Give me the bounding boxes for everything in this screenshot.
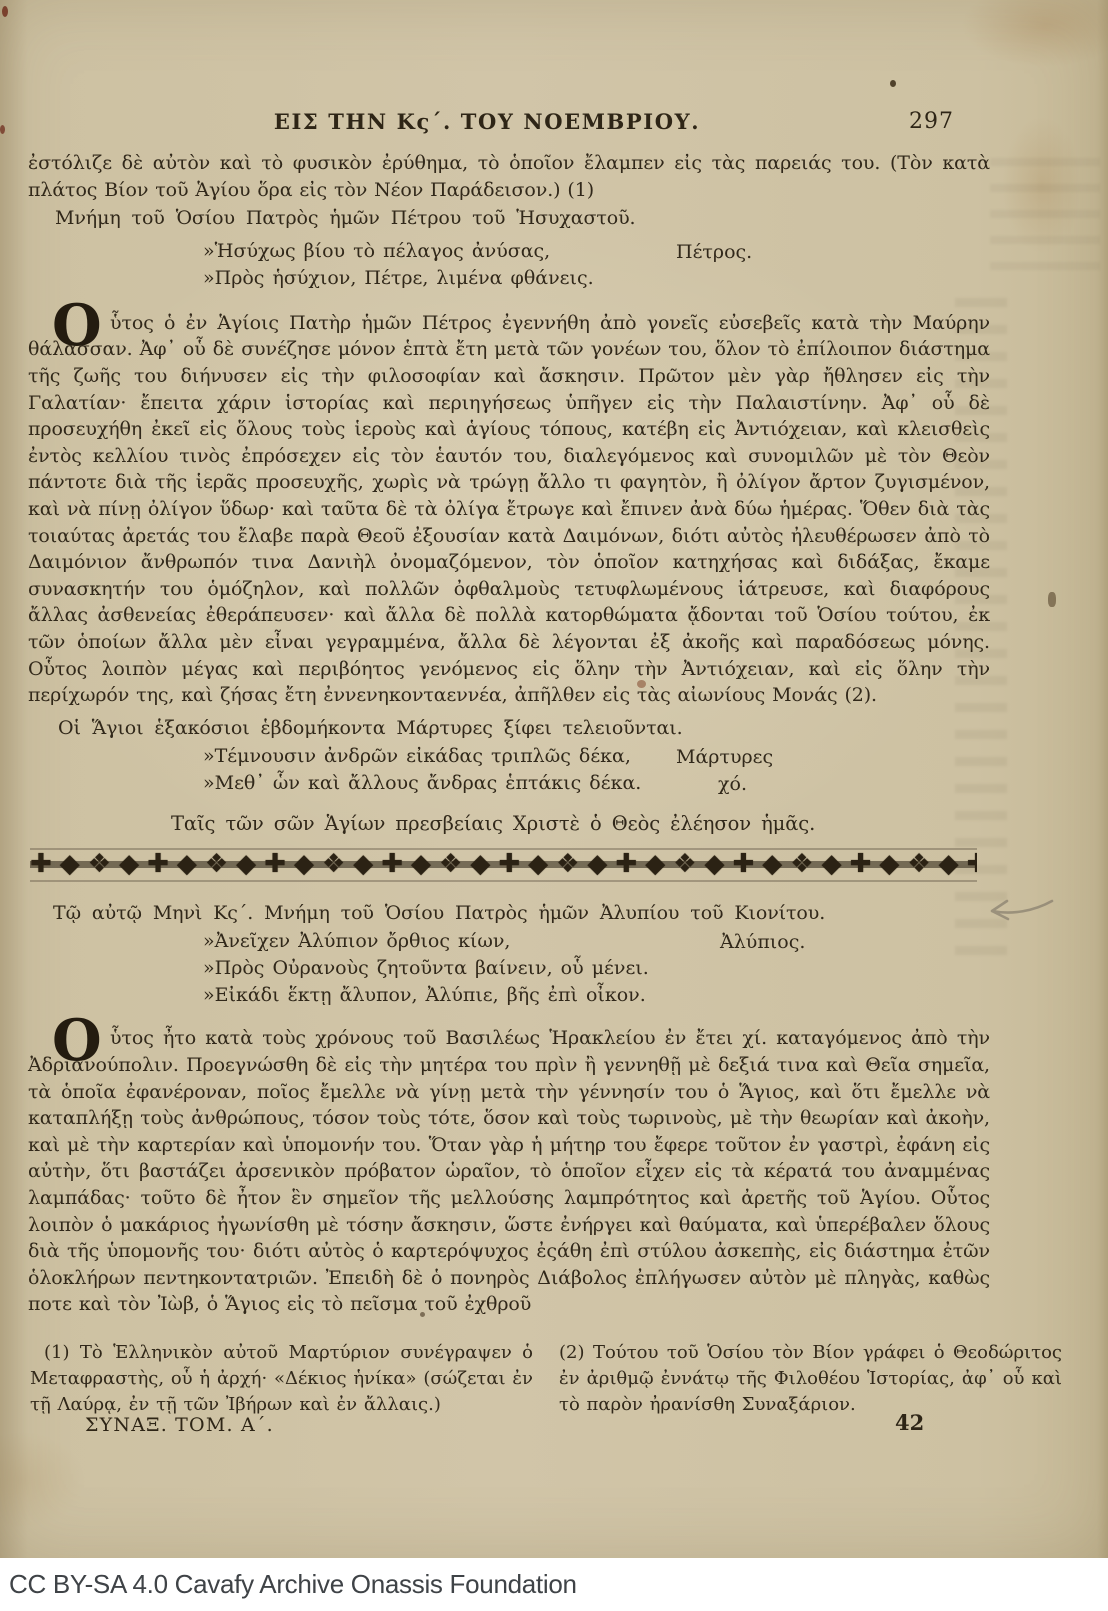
pencil-arrow-mark [968,888,1060,934]
verse-attribution-martyrs: Μάρτυρες χό. [676,744,773,798]
ornament-pattern-glyphs: ✚◆❖◆✚◆❖◆✚◆❖◆✚◆❖◆✚◆❖◆✚◆❖◆✚◆❖◆✚◆❖◆✚◆❖◆✚◆❖◆… [30,848,977,880]
litany-line: Ταῖς τῶν σῶν Ἁγίων πρεσβείαις Χριστὲ ὁ Θ… [28,811,990,838]
license-text: CC BY-SA 4.0 Cavafy Archive Onassis Foun… [9,1569,577,1600]
alypios-life-text: ὗτος ἦτο κατὰ τοὺς χρόνους τοῦ Βασιλέως … [28,1027,990,1315]
verse-line: »Εἰκάδι ἕκτῃ ἄλυπον, Ἀλύπιε, βῆς ἐπὶ οἶκ… [203,982,990,1009]
petros-verse-block: »Ἡσύχως βίου τὸ πέλαγος ἀνύσας, »Πρὸς ἡσ… [28,238,990,292]
footnote-2: (2) Τούτου τοῦ Ὁσίου τὸν Βίον γράφει ὁ Θ… [559,1340,1062,1418]
running-header-title: ΕΙΣ ΤΗΝ Κς΄. ΤΟΥ ΝΟΕΜΒΡΙΟΥ. [6,108,968,136]
martyrs-heading: Οἱ Ἅγιοι ἑξακόσιοι ἑβδομήκοντα Μάρτυρες … [28,715,990,742]
text-column: ΕΙΣ ΤΗΝ Κς΄. ΤΟΥ ΝΟΕΜΒΡΙΟΥ. 297 ἐστόλιζε… [28,108,990,1318]
running-header: ΕΙΣ ΤΗΝ Κς΄. ΤΟΥ ΝΟΕΜΒΡΙΟΥ. 297 [28,108,990,136]
paper-speck [1048,592,1056,607]
page-number: 297 [909,108,954,136]
verse-attribution-line: χό. [676,771,773,798]
alypios-heading: Τῷ αὐτῷ Μηνὶ Κς΄. Μνήμη τοῦ Ὁσίου Πατρὸς… [28,900,990,927]
verse-line: »Ἡσύχως βίου τὸ πέλαγος ἀνύσας, [203,238,990,265]
verse-attribution-petros: Πέτρος. [676,239,752,266]
license-bar: CC BY-SA 4.0 Cavafy Archive Onassis Foun… [0,1558,1108,1611]
paper-speck [2,6,8,17]
verse-line: »Τέμνουσιν ἀνδρῶν εἰκάδας τριπλῶς δέκα, [203,743,990,770]
ornament-divider: ✚◆❖◆✚◆❖◆✚◆❖◆✚◆❖◆✚◆❖◆✚◆❖◆✚◆❖◆✚◆❖◆✚◆❖◆✚◆❖◆… [30,848,977,882]
verse-line: »Πρὸς ἡσύχιον, Πέτρε, λιμένα φθάνεις. [203,265,990,292]
sheet-number: 42 [895,1410,924,1435]
dropcap-initial: Ο [52,1012,102,1069]
verse-line: »Ἀνεῖχεν Ἀλύπιον ὄρθιος κίων, [203,928,990,955]
petros-memory-heading: Μνήμη τοῦ Ὁσίου Πατρὸς ἡμῶν Πέτρου τοῦ Ἡ… [28,205,990,232]
petros-life-text: ὗτος ὁ ἐν Ἁγίοις Πατὴρ ἡμῶν Πέτρος ἐγενν… [28,312,990,706]
footnotes: (1) Τὸ Ἑλληνικὸν αὐτοῦ Μαρτύριον συνέγρα… [30,1340,1062,1418]
verse-line: »Μεθ᾽ ὧν καὶ ἄλλους ἄνδρας ἑπτάκις δέκα. [203,770,990,797]
martyrs-verse-block: »Τέμνουσιν ἀνδρῶν εἰκάδας τριπλῶς δέκα, … [28,743,990,797]
verso-bleedthrough [990,150,1100,270]
footnote-1: (1) Τὸ Ἑλληνικὸν αὐτοῦ Μαρτύριον συνέγρα… [30,1340,533,1418]
verse-attribution-line: Μάρτυρες [676,746,773,768]
alypios-verse-block: »Ἀνεῖχεν Ἀλύπιον ὄρθιος κίων, »Πρὸς Οὐρα… [28,928,990,1009]
alypios-life-paragraph: Οὗτος ἦτο κατὰ τοὺς χρόνους τοῦ Βασιλέως… [28,1025,990,1318]
verse-line: »Πρὸς Οὐρανοὺς ζητοῦντα βαίνειν, οὗ μένε… [203,955,990,982]
paper-speck [0,125,5,134]
volume-signature: ΣΥΝΑΞ. ΤΟΜ. Α΄. [85,1414,274,1436]
paper-speck [890,80,896,87]
verse-attribution-alypios: Ἀλύπιος. [720,929,805,956]
scanned-book-page: ΕΙΣ ΤΗΝ Κς΄. ΤΟΥ ΝΟΕΜΒΡΙΟΥ. 297 ἐστόλιζε… [0,0,1108,1558]
dropcap-initial: Ο [52,297,102,354]
petros-life-paragraph: Οὗτος ὁ ἐν Ἁγίοις Πατὴρ ἡμῶν Πέτρος ἐγεν… [28,310,990,709]
intro-continuation-paragraph: ἐστόλιζε δὲ αὐτὸν καὶ τὸ φυσικὸν ἐρύθημα… [28,150,990,203]
